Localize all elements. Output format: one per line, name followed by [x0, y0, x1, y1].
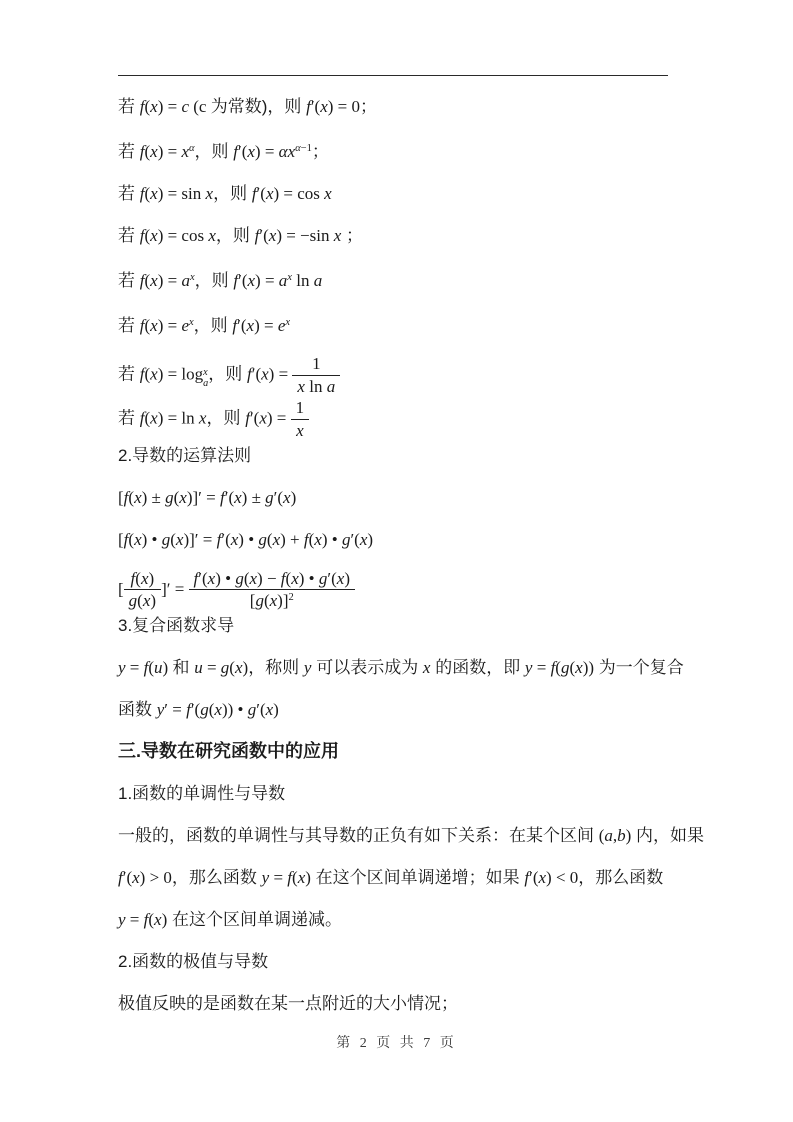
math-run: x — [283, 488, 291, 507]
math-run: = — [269, 868, 287, 887]
text-run: ，则 — [216, 226, 255, 245]
document-body: 若 f(x) = c (c 为常数)，则 f′(x) = 0；若 f(x) = … — [118, 94, 678, 1033]
math-run: x — [150, 315, 158, 334]
text-run: 在这个区间单调递增；如果 — [311, 868, 524, 887]
composite-function-desc-line1: y = f(u) 和 u = g(x)，称则 y 可以表示成为 x 的函数，即 … — [118, 655, 678, 680]
fraction: f′(x) • g(x) − f(x) • g′(x)[g(x)]2 — [189, 569, 355, 611]
monotonicity-desc-line2: f′(x) > 0，那么函数 y = f(x) 在这个区间单调递增；如果 f′(… — [118, 865, 678, 890]
math-run: x — [247, 142, 255, 161]
extremum-desc: 极值反映的是函数在某一点附近的大小情况； — [118, 991, 678, 1016]
math-run: x — [247, 315, 255, 334]
fraction: f(x)g(x) — [124, 569, 161, 611]
document-page: 若 f(x) = c (c 为常数)，则 f′(x) = 0；若 f(x) = … — [0, 0, 793, 1122]
text-run: ； — [312, 142, 329, 161]
math-run: ) — [273, 700, 279, 719]
math-run: )) — [583, 658, 594, 677]
formula-product-rule: [f(x) • g(x)]′ = f′(x) • g(x) + f(x) • g… — [118, 527, 678, 552]
math-run: −1 — [301, 143, 312, 154]
math-run: = — [203, 658, 221, 677]
math-run: 1 — [312, 354, 321, 373]
text-run: ，则 — [195, 142, 234, 161]
formula-sum-rule: [f(x) ± g(x)]′ = f′(x) ± g′(x) — [118, 485, 678, 510]
math-run: x — [273, 530, 281, 549]
text-run: 的函数，即 — [430, 658, 524, 677]
fraction: 1x ln a — [292, 354, 340, 396]
math-run: ′( — [257, 184, 266, 203]
monotonicity-desc-line3: y = f(x) 在这个区间单调递减。 — [118, 907, 678, 932]
math-run: x — [181, 142, 189, 161]
formula-quotient-rule: [f(x)g(x)]′ = f′(x) • g(x) − f(x) • g′(x… — [118, 569, 678, 611]
text-run: 2.导数的运算法则 — [118, 446, 251, 465]
text-run: 若 — [118, 184, 140, 203]
math-run: )) • — [222, 700, 248, 719]
math-run: x — [285, 317, 290, 328]
math-run: ′( — [252, 365, 261, 384]
math-run: x — [234, 488, 242, 507]
subsection-1-title: 1.函数的单调性与导数 — [118, 781, 678, 806]
math-run: x — [206, 184, 214, 203]
text-run: ，那么函数 — [172, 868, 262, 887]
math-run: x — [214, 700, 222, 719]
superscript: 2 — [288, 592, 293, 603]
math-run: ) • — [299, 569, 319, 588]
text-run: ，则 — [194, 315, 233, 334]
text-run: ，称则 — [248, 658, 304, 677]
math-run: b — [617, 826, 626, 845]
text-run: ，则 — [206, 409, 245, 428]
formula-exp-e-rule: 若 f(x) = ex，则 f′(x) = ex — [118, 310, 678, 338]
math-run: ′( — [529, 868, 538, 887]
math-run: x — [132, 868, 140, 887]
math-run: x — [261, 365, 269, 384]
math-run: ) = — [269, 365, 293, 384]
math-run: ) = — [267, 409, 291, 428]
math-run: ) = — [158, 97, 182, 116]
math-run: ) ± — [142, 488, 166, 507]
section-3-title: 3.复合函数求导 — [118, 613, 678, 638]
text-run: ； — [341, 226, 363, 245]
math-run: ) — [163, 658, 173, 677]
math-run: x — [250, 569, 258, 588]
math-run: ) + — [280, 530, 304, 549]
math-run: g — [235, 569, 244, 588]
math-run: a — [314, 271, 323, 290]
math-run: ) — [150, 591, 156, 610]
math-run: )]′ = — [183, 530, 216, 549]
math-run: ′( — [274, 488, 283, 507]
text-run: 若 — [118, 315, 140, 334]
math-run: = — [126, 658, 144, 677]
math-run: c — [181, 97, 189, 116]
math-run: x — [150, 142, 158, 161]
math-run: x — [150, 271, 158, 290]
math-run: ′( — [238, 142, 247, 161]
text-run: 在这个区间单调递减。 — [167, 910, 342, 929]
math-run: x — [291, 569, 299, 588]
section-san-title: 三.导数在研究函数中的应用 — [118, 739, 678, 764]
monotonicity-desc-line1: 一般的，函数的单调性与其导数的正负有如下关系：在某个区间 (a,b) 内，如果 — [118, 823, 678, 848]
math-run: ) = −sin — [276, 226, 333, 245]
text-run: 若 — [118, 409, 140, 428]
formula-ln-rule: 若 f(x) = ln x，则 f′(x) = 1x — [118, 398, 678, 440]
math-run: x — [314, 530, 322, 549]
text-run: 若 — [118, 271, 140, 290]
math-run: y — [118, 910, 126, 929]
math-run: a — [604, 826, 613, 845]
text-run: 3.复合函数求导 — [118, 616, 234, 635]
math-run: u — [194, 658, 203, 677]
math-run: x — [150, 365, 158, 384]
math-run: ) • — [142, 530, 162, 549]
math-run: 1 — [296, 398, 305, 417]
math-run: x — [296, 421, 304, 440]
superscript: x — [285, 317, 290, 328]
math-run: ) — [344, 569, 350, 588]
header-rule — [118, 75, 668, 76]
formula-power-rule: 若 f(x) = xα，则 f′(x) = αxα−1； — [118, 136, 678, 164]
math-run: x — [320, 97, 328, 116]
math-run: ) — [367, 530, 373, 549]
math-run: x — [134, 530, 142, 549]
math-run: ) = log — [158, 365, 203, 384]
math-run: x — [539, 868, 547, 887]
math-run: ′ = — [164, 700, 186, 719]
math-run: ) = cos — [158, 226, 209, 245]
text-run: 若 — [118, 226, 140, 245]
math-run: u — [154, 658, 163, 677]
text-run: 若 — [118, 97, 140, 116]
math-run: x — [150, 97, 158, 116]
math-run: ) • — [215, 569, 235, 588]
math-run: = — [126, 910, 144, 929]
math-run: ′( — [237, 315, 246, 334]
math-run: ) = cos — [273, 184, 324, 203]
math-run: ′( — [256, 700, 265, 719]
math-run: x — [154, 910, 162, 929]
text-run: 一般的，函数的单调性与其导数的正负有如下关系：在某个区间 — [118, 826, 599, 845]
math-run: g — [129, 591, 138, 610]
math-run: x — [324, 184, 332, 203]
math-run: a — [327, 377, 336, 396]
math-run: )]′ = — [187, 488, 220, 507]
formula-exp-a-rule: 若 f(x) = ax，则 f′(x) = ax ln a — [118, 265, 678, 293]
text-run: 可以表示成为 — [311, 658, 422, 677]
math-run: ln — [305, 377, 327, 396]
math-run: ) • — [322, 530, 342, 549]
math-run: 2 — [288, 592, 293, 603]
math-run: x — [179, 488, 187, 507]
math-run: ) = ln — [158, 409, 199, 428]
formula-log-rule: 若 f(x) = logxa，则 f′(x) = 1x ln a — [118, 354, 678, 396]
formula-cos-rule: 若 f(x) = cos x，则 f′(x) = −sin x ； — [118, 223, 678, 248]
math-run: g — [165, 488, 174, 507]
math-run: ′( — [221, 530, 230, 549]
subsection-2-title: 2.函数的极值与导数 — [118, 949, 678, 974]
math-run: ) = — [158, 142, 182, 161]
math-run: x — [247, 271, 255, 290]
text-run: ； — [360, 97, 377, 116]
math-run: ) = — [254, 315, 278, 334]
math-run: g — [265, 488, 274, 507]
math-run: ′( — [123, 868, 132, 887]
math-run: αx — [279, 142, 295, 161]
math-run: x — [150, 184, 158, 203]
math-run: y — [118, 658, 126, 677]
math-run: ) < 0 — [546, 868, 578, 887]
math-run: ) — [291, 488, 297, 507]
math-run: ′( — [350, 530, 359, 549]
formula-constant-rule: 若 f(x) = c (c 为常数)，则 f′(x) = 0； — [118, 94, 678, 119]
math-run: ) ± — [242, 488, 266, 507]
text-run: 和 — [172, 658, 194, 677]
math-run: x — [208, 226, 216, 245]
math-run: ) = — [255, 142, 279, 161]
math-run: a — [279, 271, 288, 290]
text-run: ，则 — [213, 184, 252, 203]
composite-function-desc-line2: 函数 y′ = f′(g(x)) • g′(x) — [118, 697, 678, 722]
text-run: ，则 — [208, 365, 247, 384]
math-run: ′( — [225, 488, 234, 507]
math-run: ) = — [158, 315, 182, 334]
text-run: ，则 — [195, 271, 234, 290]
math-run: = — [532, 658, 550, 677]
math-run: ) = — [158, 271, 182, 290]
math-run: ′( — [259, 226, 268, 245]
math-run: ]′ = — [161, 579, 188, 598]
math-run: )] — [277, 591, 288, 610]
math-run: g — [162, 530, 171, 549]
math-run: ) — [149, 569, 155, 588]
fraction: 1x — [291, 398, 310, 440]
text-run: ，那么函数 — [578, 868, 663, 887]
math-run: ′( — [311, 97, 320, 116]
text-run: 函数 — [118, 700, 157, 719]
math-run: x — [297, 377, 305, 396]
math-run: g — [200, 700, 209, 719]
math-run: ) = — [255, 271, 279, 290]
math-run: e — [181, 315, 189, 334]
math-run: ′( — [191, 700, 200, 719]
math-run: (c — [189, 97, 211, 116]
text-run: 2.函数的极值与导数 — [118, 952, 268, 971]
math-run: x — [150, 409, 158, 428]
math-run: ) − — [257, 569, 281, 588]
text-run: 三.导数在研究函数中的应用 — [118, 741, 339, 761]
math-run: g — [248, 700, 257, 719]
math-run: g — [255, 591, 264, 610]
section-2-title: 2.导数的运算法则 — [118, 443, 678, 468]
math-run: ln — [292, 271, 314, 290]
math-run: x — [575, 658, 583, 677]
math-run: x — [259, 409, 267, 428]
math-run: ) = 0 — [328, 97, 360, 116]
formula-sin-rule: 若 f(x) = sin x，则 f′(x) = cos x — [118, 181, 678, 206]
math-run: ′( — [327, 569, 336, 588]
math-run: x — [134, 488, 142, 507]
math-run: ) = sin — [158, 184, 206, 203]
text-run: 1.函数的单调性与导数 — [118, 784, 285, 803]
math-run: a — [181, 271, 190, 290]
text-run: 极值反映的是函数在某一点附近的大小情况； — [118, 994, 458, 1013]
text-run: 为一个复合 — [594, 658, 684, 677]
math-run: ′( — [250, 409, 259, 428]
page-number: 第 2 页 共 7 页 — [0, 1032, 793, 1052]
math-run: x — [141, 569, 149, 588]
text-run: 内，如果 — [631, 826, 704, 845]
math-run: x — [235, 658, 243, 677]
math-run: ) • — [238, 530, 258, 549]
math-run: ) > 0 — [140, 868, 172, 887]
math-run: x — [150, 226, 158, 245]
text-run: 为常数)，则 — [211, 97, 306, 116]
math-run: g — [258, 530, 267, 549]
text-run: 若 — [118, 142, 140, 161]
superscript: α−1 — [295, 143, 312, 154]
math-run: ′( — [198, 569, 207, 588]
text-run: 若 — [118, 365, 140, 384]
